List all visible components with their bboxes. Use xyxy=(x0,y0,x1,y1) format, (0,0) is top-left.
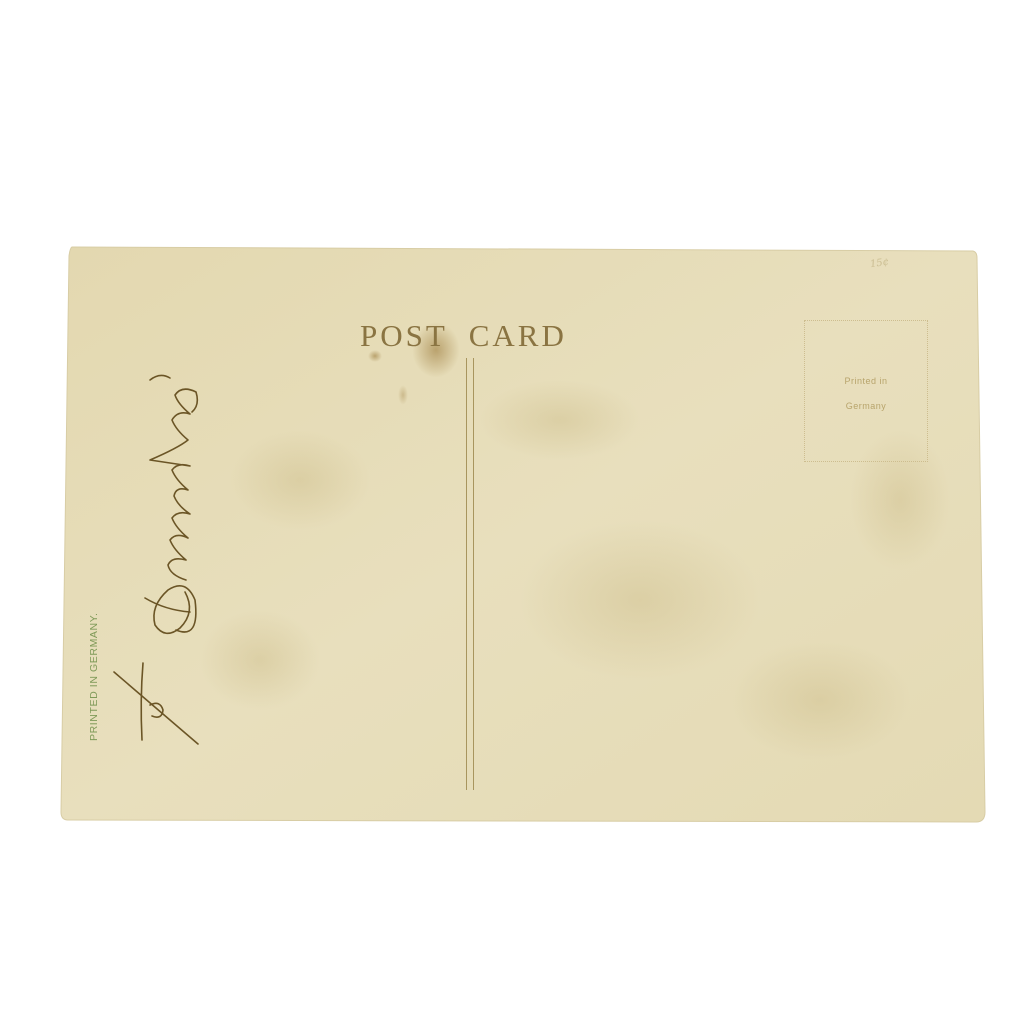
handwritten-inscription: To Grandma xyxy=(0,0,1024,1024)
postcard: POST CARD Printed in Germany PRINTED IN … xyxy=(0,0,1024,1024)
